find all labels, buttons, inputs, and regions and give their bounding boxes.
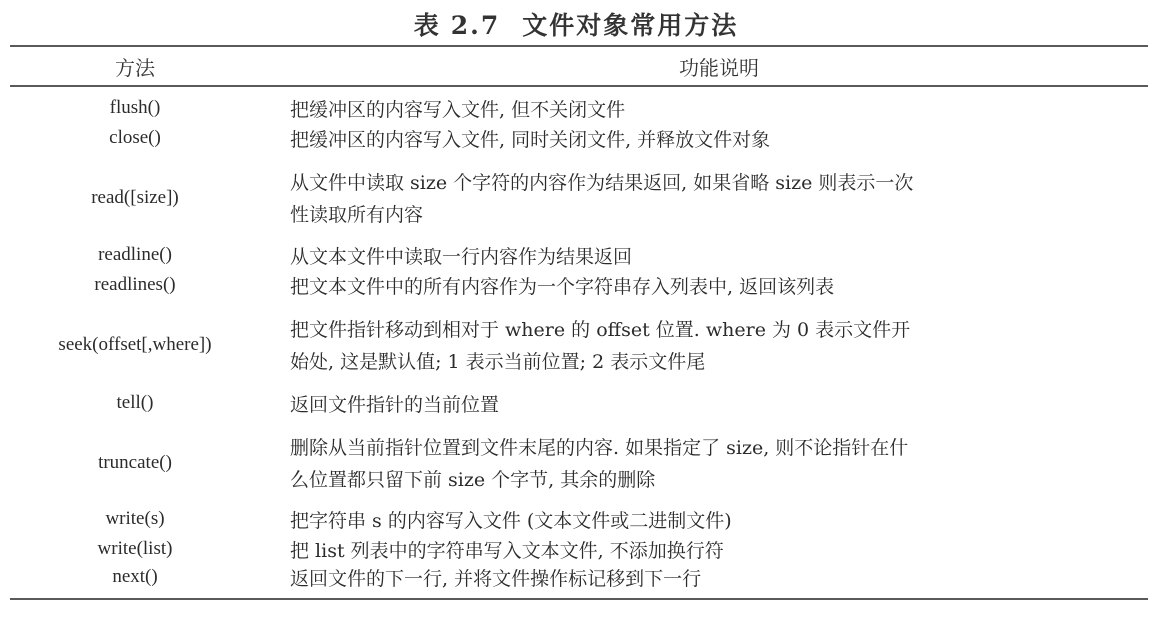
method-description: 从文件中读取 size 个字符的内容作为结果返回, 如果省略 size 则表示一… (290, 167, 1150, 231)
method-description: 把文本文件中的所有内容作为一个字符串存入列表中, 返回该列表 (290, 271, 1150, 303)
header-description: 功能说明 (290, 52, 1148, 81)
method-name: close() (10, 127, 260, 149)
method-name: read([size]) (10, 187, 260, 209)
header-method: 方法 (10, 52, 260, 81)
caption-title: 文件对象常用方法 (522, 11, 738, 40)
method-description: 删除从当前指针位置到文件末尾的内容. 如果指定了 size, 则不论指针在什 么… (290, 432, 1150, 496)
caption-number: 2.7 (451, 11, 501, 40)
method-description: 从文本文件中读取一行内容作为结果返回 (290, 241, 1150, 273)
method-name: seek(offset[,where]) (10, 334, 260, 356)
method-description: 返回文件的下一行, 并将文件操作标记移到下一行 (290, 563, 1150, 595)
method-description: 把缓冲区的内容写入文件, 但不关闭文件 (290, 94, 1150, 126)
caption-prefix: 表 (414, 11, 441, 40)
method-name: flush() (10, 97, 260, 119)
method-description: 把字符串 s 的内容写入文件 (文本文件或二进制文件) (290, 505, 1150, 537)
method-description: 返回文件指针的当前位置 (290, 389, 1150, 421)
method-description: 把文件指针移动到相对于 where 的 offset 位置. where 为 0… (290, 314, 1150, 378)
bottom-rule (10, 598, 1148, 600)
method-name: tell() (10, 392, 260, 414)
method-name: truncate() (10, 452, 260, 474)
method-name: readline() (10, 244, 260, 266)
header-rule (10, 85, 1148, 87)
method-name: write(list) (10, 538, 260, 560)
method-name: write(s) (10, 508, 260, 530)
table-caption: 表2.7文件对象常用方法 (0, 6, 1152, 42)
method-description: 把缓冲区的内容写入文件, 同时关闭文件, 并释放文件对象 (290, 124, 1150, 156)
method-name: next() (10, 566, 260, 588)
top-rule (10, 45, 1148, 47)
method-name: readlines() (10, 274, 260, 296)
